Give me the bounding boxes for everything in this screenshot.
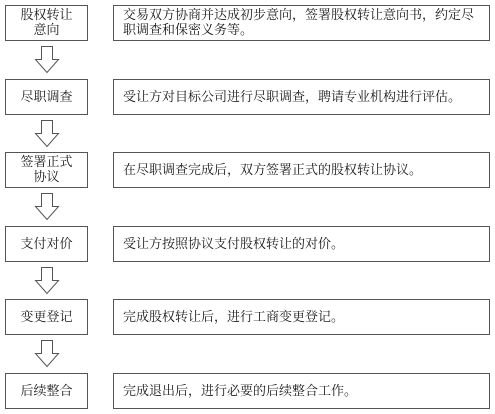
step-box-due-diligence: 尽职调查 — [5, 79, 88, 115]
step-description: 完成退出后，进行必要的后续整合工作。 — [123, 384, 481, 399]
down-arrow-icon — [34, 120, 60, 148]
step-box-equity-transfer-intent: 股权转让意向 — [5, 5, 88, 41]
step-description: 在尽职调查完成后，双方签署正式的股权转让协议。 — [123, 163, 481, 178]
desc-box-sign-agreement: 在尽职调查完成后，双方签署正式的股权转让协议。 — [113, 152, 490, 188]
step-description: 受让方对目标公司进行尽职调查，聘请专业机构进行评估。 — [123, 90, 481, 105]
step-box-post-integration: 后续整合 — [5, 373, 88, 409]
down-arrow-icon — [34, 193, 60, 221]
down-arrow-icon — [34, 340, 60, 368]
down-arrow-icon — [34, 267, 60, 295]
step-box-sign-agreement: 签署正式协议 — [5, 152, 88, 188]
step-description: 完成股权转让后，进行工商变更登记。 — [123, 310, 481, 325]
step-description: 受让方按照协议支付股权转让的对价。 — [123, 237, 481, 252]
desc-box-registration-change: 完成股权转让后，进行工商变更登记。 — [113, 299, 490, 335]
down-arrow-icon — [34, 46, 60, 74]
step-label: 签署正式协议 — [17, 155, 77, 185]
step-box-payment: 支付对价 — [5, 226, 88, 262]
step-label: 支付对价 — [17, 237, 77, 252]
desc-box-due-diligence: 受让方对目标公司进行尽职调查，聘请专业机构进行评估。 — [113, 79, 490, 115]
step-description: 交易双方协商并达成初步意向，签署股权转让意向书，约定尽职调查和保密义务等。 — [123, 8, 481, 38]
desc-box-payment: 受让方按照协议支付股权转让的对价。 — [113, 226, 490, 262]
step-label: 变更登记 — [17, 310, 77, 325]
step-label: 后续整合 — [17, 384, 77, 399]
step-label: 尽职调查 — [17, 90, 77, 105]
desc-box-equity-transfer-intent: 交易双方协商并达成初步意向，签署股权转让意向书，约定尽职调查和保密义务等。 — [113, 5, 490, 41]
step-label: 股权转让意向 — [17, 8, 77, 38]
step-box-registration-change: 变更登记 — [5, 299, 88, 335]
desc-box-post-integration: 完成退出后，进行必要的后续整合工作。 — [113, 373, 490, 409]
